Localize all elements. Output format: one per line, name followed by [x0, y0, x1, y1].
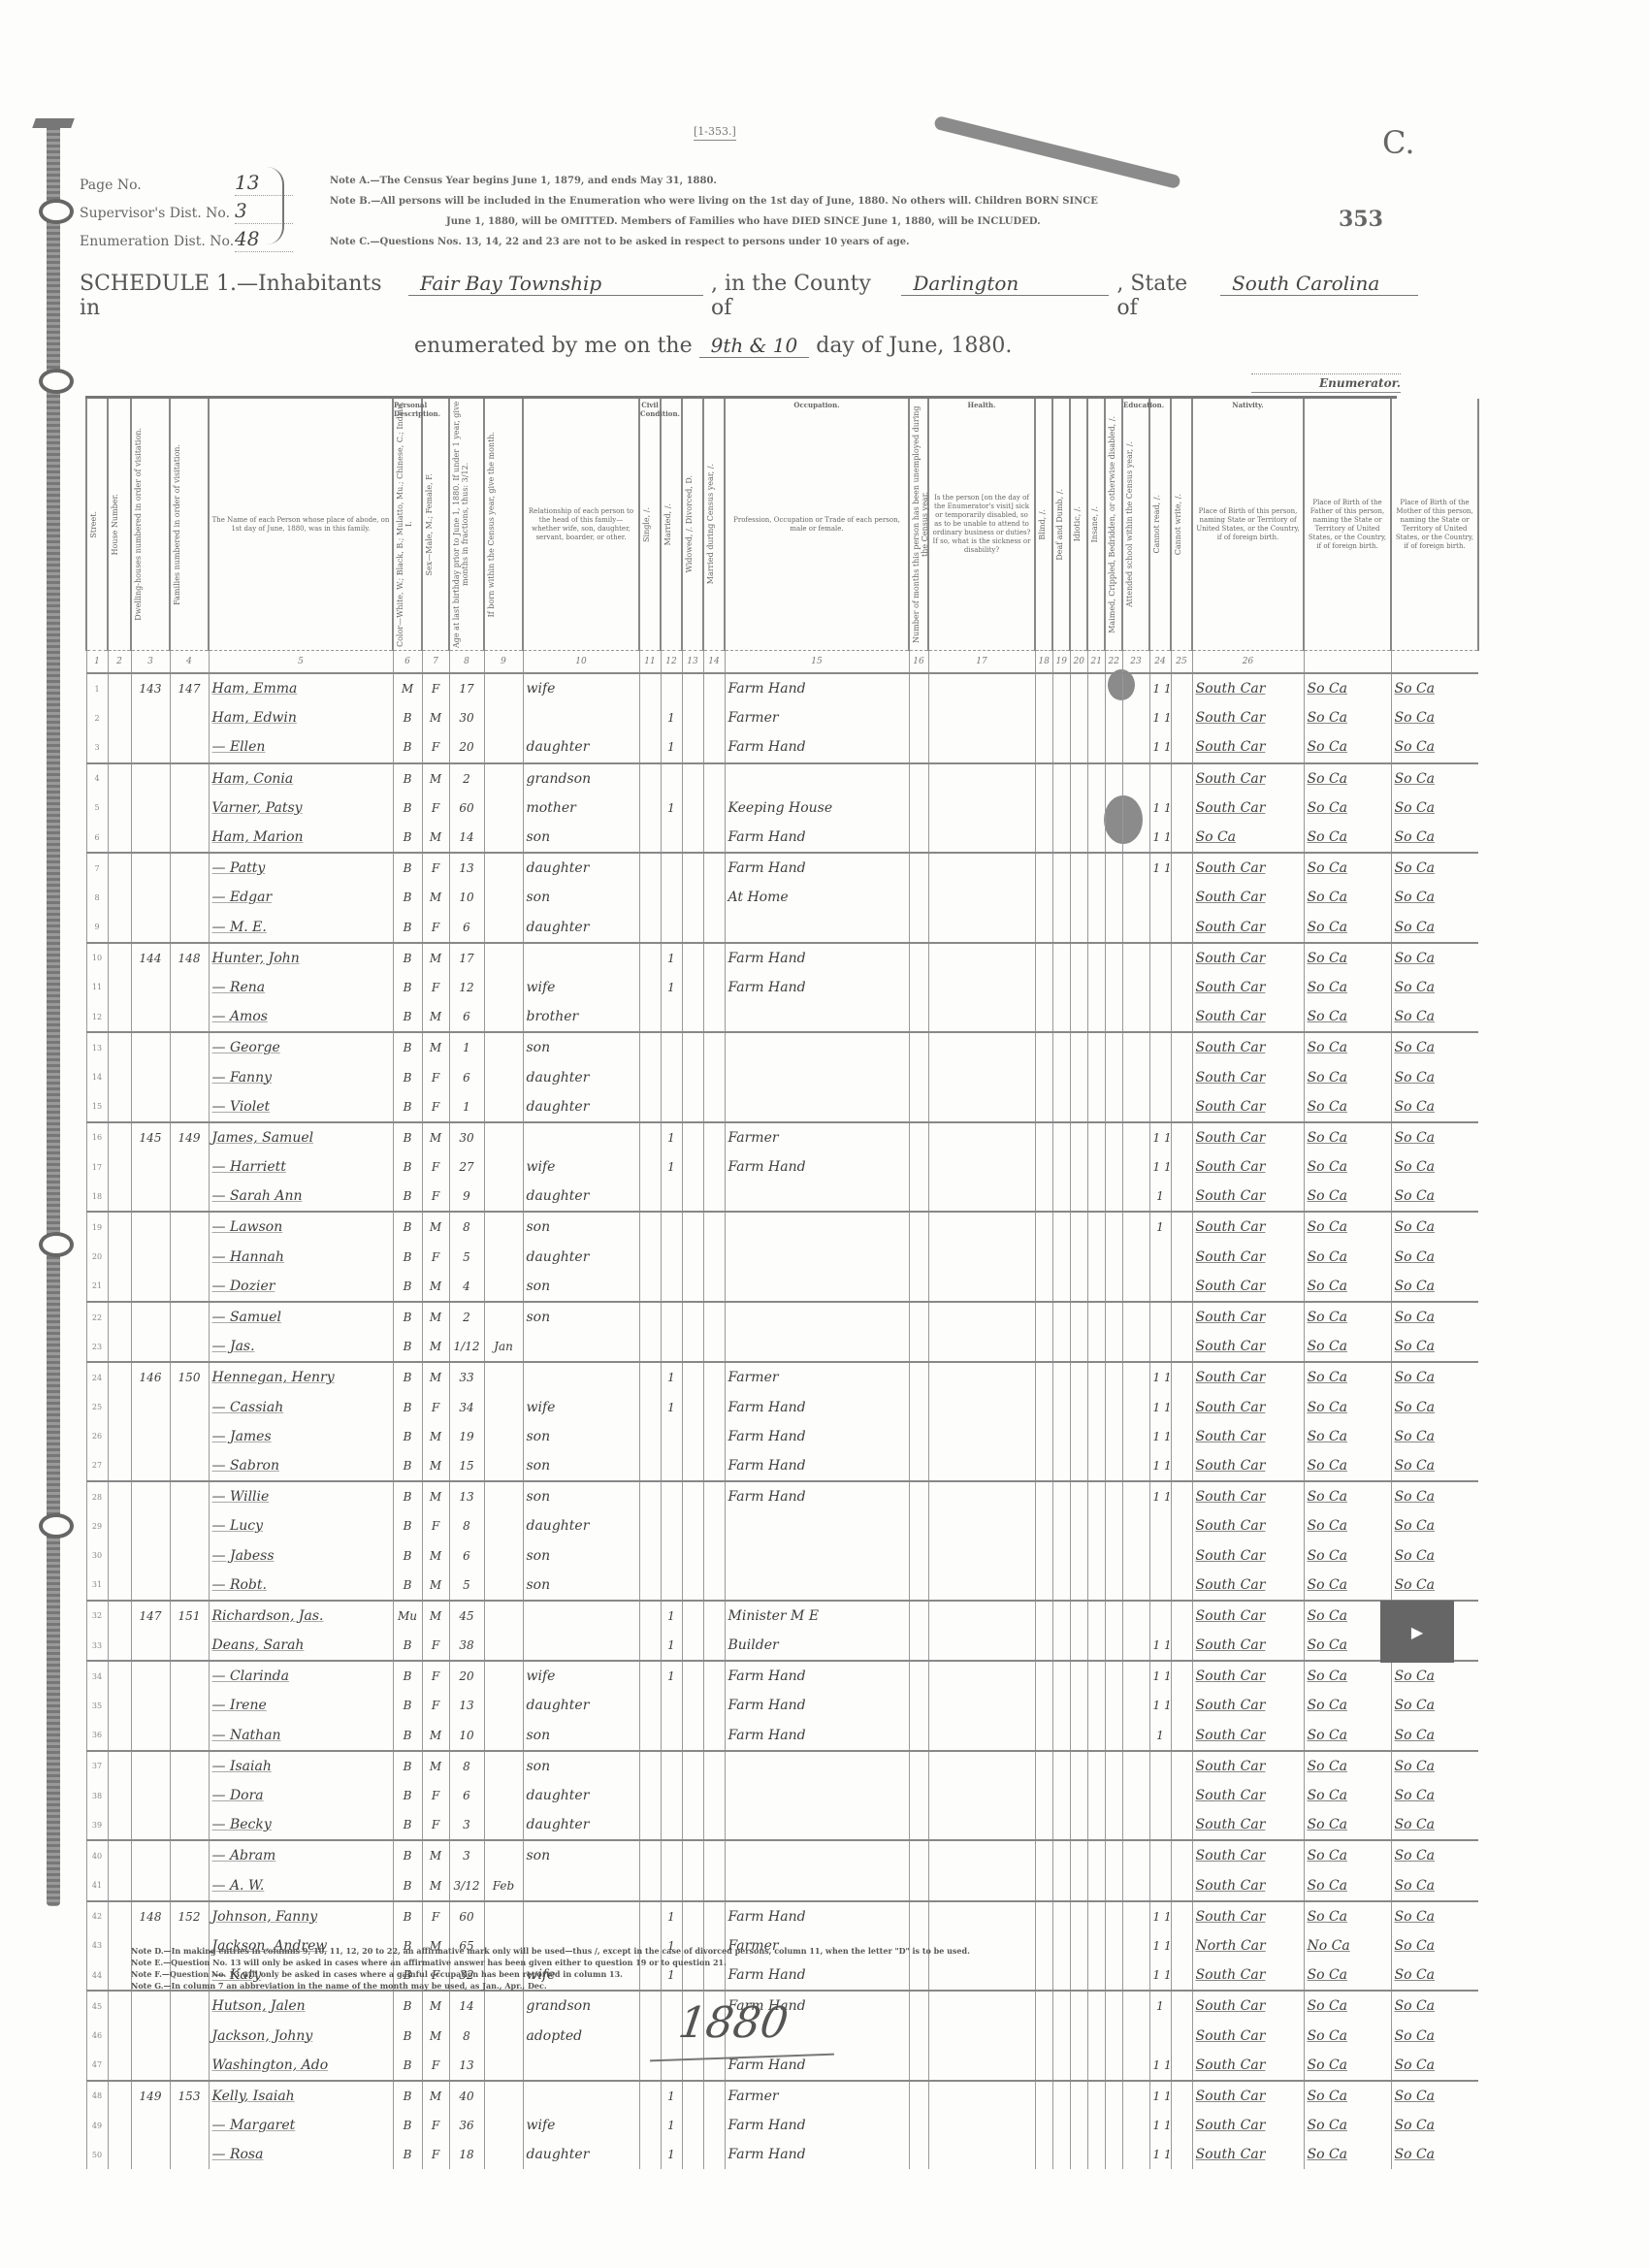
dwelling-number — [131, 1302, 170, 1332]
insane — [1087, 1840, 1105, 1870]
single — [639, 913, 661, 943]
family-number — [170, 2111, 209, 2140]
enumerated-suffix: day of June, 1880. — [816, 334, 1012, 358]
single — [639, 1810, 661, 1840]
deaf-dumb — [1052, 943, 1070, 973]
cannot-write — [1171, 1540, 1192, 1570]
birthplace: South Car — [1192, 673, 1304, 703]
occupation: Farmer — [725, 703, 909, 732]
line-number: 13 — [86, 1032, 108, 1062]
sickness — [928, 1122, 1035, 1152]
person-name: — Hannah — [209, 1243, 393, 1272]
column-number: 19 — [1052, 651, 1070, 674]
married-year — [703, 1631, 725, 1661]
table-row: 11— RenaBF12wife1Farm HandSouth CarSo Ca… — [86, 973, 1478, 1002]
idiotic — [1070, 2081, 1087, 2111]
school — [1122, 1991, 1149, 2021]
occupation — [725, 1002, 909, 1032]
insane — [1087, 883, 1105, 912]
age: 12 — [449, 973, 484, 1002]
table-row: 39— BeckyBF3daughterSouth CarSo CaSo Ca — [86, 1810, 1478, 1840]
insane — [1087, 973, 1105, 1002]
widowed — [682, 1661, 703, 1691]
note-b-cont: June 1, 1880, will be OMITTED. Members o… — [330, 211, 1098, 232]
maimed — [1105, 1901, 1122, 1931]
single — [639, 1243, 661, 1272]
single — [639, 703, 661, 732]
sickness — [928, 673, 1035, 703]
school — [1122, 1212, 1149, 1242]
color: B — [393, 2111, 422, 2140]
cannot-write — [1171, 913, 1192, 943]
house-number — [108, 1540, 131, 1570]
table-row: 17— HarriettBF27wife1Farm Hand1 1South C… — [86, 1152, 1478, 1182]
person-name: Hennegan, Henry — [209, 1362, 393, 1392]
line-number: 28 — [86, 1481, 108, 1511]
idiotic — [1070, 1182, 1087, 1212]
months-unemployed — [909, 1901, 928, 1931]
widowed — [682, 853, 703, 883]
column-number: 16 — [909, 651, 928, 674]
months-unemployed — [909, 1661, 928, 1691]
color: B — [393, 2021, 422, 2050]
blind — [1035, 1901, 1052, 1931]
month-born — [484, 1182, 523, 1212]
house-number — [108, 1092, 131, 1122]
column-number: 21 — [1087, 651, 1105, 674]
occupation: Farm Hand — [725, 2140, 909, 2169]
school — [1122, 1571, 1149, 1601]
cannot-read-write — [1149, 1571, 1171, 1601]
sex: F — [422, 1781, 449, 1810]
cannot-write — [1171, 1601, 1192, 1631]
father-birthplace: So Ca — [1304, 913, 1391, 943]
maimed — [1105, 853, 1122, 883]
month-born — [484, 1362, 523, 1392]
supervisors-dist-value: 3 — [235, 198, 293, 224]
relationship: grandson — [523, 1991, 639, 2021]
maimed — [1105, 703, 1122, 732]
sex: F — [422, 1092, 449, 1122]
month-born — [484, 2140, 523, 2169]
enumeration-dist-value: 48 — [235, 226, 293, 252]
single — [639, 1422, 661, 1451]
person-name: — Abram — [209, 1840, 393, 1870]
house-number — [108, 1691, 131, 1720]
widowed — [682, 943, 703, 973]
column-number: 6 — [393, 651, 422, 674]
color: B — [393, 1661, 422, 1691]
birthplace: South Car — [1192, 1511, 1304, 1540]
sickness — [928, 1152, 1035, 1182]
age: 40 — [449, 2081, 484, 2111]
line-number: 27 — [86, 1451, 108, 1481]
widowed — [682, 1032, 703, 1062]
relationship — [523, 2081, 639, 2111]
sickness — [928, 1272, 1035, 1302]
insane — [1087, 2051, 1105, 2081]
deaf-dumb — [1052, 1422, 1070, 1451]
single — [639, 2051, 661, 2081]
relationship: daughter — [523, 1092, 639, 1122]
occupation — [725, 1032, 909, 1062]
insane — [1087, 2140, 1105, 2169]
birthplace: South Car — [1192, 2111, 1304, 2140]
relationship: wife — [523, 673, 639, 703]
sickness — [928, 2140, 1035, 2169]
widowed — [682, 1243, 703, 1272]
occupation — [725, 1272, 909, 1302]
month-born — [484, 1781, 523, 1810]
mother-birthplace: So Ca — [1391, 2081, 1478, 2111]
family-number — [170, 794, 209, 823]
cannot-read-write — [1149, 973, 1171, 1002]
dwelling-number — [131, 1751, 170, 1781]
birthplace: South Car — [1192, 2081, 1304, 2111]
birthplace: South Car — [1192, 1901, 1304, 1931]
idiotic — [1070, 1691, 1087, 1720]
month-born — [484, 2081, 523, 2111]
insane — [1087, 1092, 1105, 1122]
insane — [1087, 2111, 1105, 2140]
married: 1 — [661, 1631, 682, 1661]
married-year — [703, 1751, 725, 1781]
house-number — [108, 1212, 131, 1242]
color: B — [393, 2051, 422, 2081]
table-row: 10144148Hunter, JohnBM171Farm HandSouth … — [86, 943, 1478, 973]
cannot-read-write: 1 1 — [1149, 732, 1171, 762]
color: B — [393, 1481, 422, 1511]
blind — [1035, 732, 1052, 762]
line-number: 5 — [86, 794, 108, 823]
married-year — [703, 763, 725, 794]
occupation: Farm Hand — [725, 1152, 909, 1182]
cannot-read-write — [1149, 1092, 1171, 1122]
deaf-dumb — [1052, 2140, 1070, 2169]
birthplace: South Car — [1192, 1631, 1304, 1661]
cannot-write — [1171, 1302, 1192, 1332]
sickness — [928, 1901, 1035, 1931]
school — [1122, 2081, 1149, 2111]
idiotic — [1070, 1871, 1087, 1901]
person-name: — Dozier — [209, 1272, 393, 1302]
deaf-dumb — [1052, 1152, 1070, 1182]
maimed — [1105, 1272, 1122, 1302]
cannot-read-write: 1 1 — [1149, 1481, 1171, 1511]
maimed — [1105, 1302, 1122, 1332]
dwelling-number — [131, 1062, 170, 1091]
deaf-dumb — [1052, 973, 1070, 1002]
deaf-dumb — [1052, 2021, 1070, 2050]
school — [1122, 1272, 1149, 1302]
married — [661, 1182, 682, 1212]
line-number: 3 — [86, 732, 108, 762]
insane — [1087, 1122, 1105, 1152]
line-number: 25 — [86, 1393, 108, 1422]
father-birthplace: So Ca — [1304, 1871, 1391, 1901]
person-name: Ham, Edwin — [209, 703, 393, 732]
line-number: 2 — [86, 703, 108, 732]
dwelling-number — [131, 1002, 170, 1032]
mother-birthplace: So Ca — [1391, 2051, 1478, 2081]
binding-knot — [39, 199, 74, 224]
occupation — [725, 1092, 909, 1122]
cannot-write — [1171, 1721, 1192, 1751]
widowed — [682, 2111, 703, 2140]
table-row: 29— LucyBF8daughterSouth CarSo CaSo Ca — [86, 1511, 1478, 1540]
married — [661, 1332, 682, 1362]
dwelling-number — [131, 823, 170, 853]
widowed — [682, 1540, 703, 1570]
form-id: [1-353.] — [694, 125, 736, 141]
relationship — [523, 1601, 639, 1631]
sex: M — [422, 1332, 449, 1362]
table-row: 21— DozierBM4sonSouth CarSo CaSo Ca — [86, 1272, 1478, 1302]
line-number: 45 — [86, 1991, 108, 2021]
idiotic — [1070, 1781, 1087, 1810]
cannot-write — [1171, 2051, 1192, 2081]
birthplace: South Car — [1192, 763, 1304, 794]
relationship — [523, 1901, 639, 1931]
line-number: 32 — [86, 1601, 108, 1631]
dwelling-number — [131, 1540, 170, 1570]
dwelling-number: 147 — [131, 1601, 170, 1631]
single — [639, 1691, 661, 1720]
cannot-read-write — [1149, 1032, 1171, 1062]
relationship: son — [523, 1212, 639, 1242]
occupation: Builder — [725, 1631, 909, 1661]
idiotic — [1070, 732, 1087, 762]
sickness — [928, 1092, 1035, 1122]
cannot-write — [1171, 1032, 1192, 1062]
cannot-write — [1171, 1332, 1192, 1362]
person-name: — Fanny — [209, 1062, 393, 1091]
maimed — [1105, 1451, 1122, 1481]
mother-birthplace: So Ca — [1391, 1243, 1478, 1272]
widowed — [682, 1810, 703, 1840]
family-number — [170, 1002, 209, 1032]
family-number — [170, 1302, 209, 1332]
idiotic — [1070, 1122, 1087, 1152]
married: 1 — [661, 973, 682, 1002]
mother-birthplace: So Ca — [1391, 1721, 1478, 1751]
married-year — [703, 2111, 725, 2140]
maimed — [1105, 1152, 1122, 1182]
married-year — [703, 1661, 725, 1691]
school — [1122, 1062, 1149, 1091]
birthplace: South Car — [1192, 1243, 1304, 1272]
married-year — [703, 794, 725, 823]
deaf-dumb — [1052, 1691, 1070, 1720]
married — [661, 1062, 682, 1091]
insane — [1087, 1901, 1105, 1931]
dwelling-number — [131, 913, 170, 943]
blind — [1035, 673, 1052, 703]
school — [1122, 1810, 1149, 1840]
married-year — [703, 1871, 725, 1901]
cannot-read-write: 1 — [1149, 1721, 1171, 1751]
school — [1122, 1243, 1149, 1272]
married: 1 — [661, 943, 682, 973]
color: B — [393, 1511, 422, 1540]
insane — [1087, 1243, 1105, 1272]
age: 8 — [449, 1212, 484, 1242]
married-year — [703, 1332, 725, 1362]
school — [1122, 2111, 1149, 2140]
maimed — [1105, 1422, 1122, 1451]
dwelling-number: 146 — [131, 1362, 170, 1392]
blind — [1035, 763, 1052, 794]
occupation — [725, 1243, 909, 1272]
insane — [1087, 763, 1105, 794]
widowed — [682, 2140, 703, 2169]
insane — [1087, 1062, 1105, 1091]
mother-birthplace: So Ca — [1391, 763, 1478, 794]
idiotic — [1070, 2051, 1087, 2081]
birthplace: South Car — [1192, 1991, 1304, 2021]
cannot-read-write: 1 1 — [1149, 1422, 1171, 1451]
blind — [1035, 853, 1052, 883]
person-name: — Lucy — [209, 1511, 393, 1540]
person-name: — Violet — [209, 1092, 393, 1122]
cannot-read-write — [1149, 763, 1171, 794]
relationship: daughter — [523, 1062, 639, 1091]
maimed — [1105, 2111, 1122, 2140]
cannot-write — [1171, 703, 1192, 732]
cannot-write — [1171, 1122, 1192, 1152]
state-value: South Carolina — [1220, 272, 1418, 296]
married: 1 — [661, 1393, 682, 1422]
blind — [1035, 883, 1052, 912]
person-name: — Robt. — [209, 1571, 393, 1601]
table-row: 13— GeorgeBM1sonSouth CarSo CaSo Ca — [86, 1032, 1478, 1062]
father-birthplace: No Ca — [1304, 1931, 1391, 1960]
married — [661, 1212, 682, 1242]
birthplace: South Car — [1192, 1152, 1304, 1182]
married-year — [703, 973, 725, 1002]
months-unemployed — [909, 1451, 928, 1481]
col-header-father-birthplace: Place of Birth of the Father of this per… — [1304, 399, 1391, 651]
occupation: Farm Hand — [725, 673, 909, 703]
school — [1122, 1451, 1149, 1481]
column-number: 4 — [170, 651, 209, 674]
months-unemployed — [909, 823, 928, 853]
sickness — [928, 1243, 1035, 1272]
cannot-write — [1171, 2021, 1192, 2050]
deaf-dumb — [1052, 883, 1070, 912]
insane — [1087, 1481, 1105, 1511]
insane — [1087, 853, 1105, 883]
month-born — [484, 1661, 523, 1691]
deaf-dumb — [1052, 1810, 1070, 1840]
widowed — [682, 1062, 703, 1091]
side-tab[interactable]: ▶ — [1380, 1601, 1454, 1663]
house-number — [108, 1422, 131, 1451]
idiotic — [1070, 1152, 1087, 1182]
cannot-write — [1171, 1422, 1192, 1451]
month-born — [484, 1422, 523, 1451]
maimed — [1105, 1931, 1122, 1960]
cannot-write — [1171, 943, 1192, 973]
column-number: 22 — [1105, 651, 1122, 674]
family-number — [170, 1212, 209, 1242]
months-unemployed — [909, 1991, 928, 2021]
binding-cord-top — [32, 118, 75, 128]
color: B — [393, 703, 422, 732]
married-year — [703, 1901, 725, 1931]
birthplace: South Car — [1192, 1182, 1304, 1212]
cannot-read-write — [1149, 1302, 1171, 1332]
sex: M — [422, 763, 449, 794]
dwelling-number — [131, 1393, 170, 1422]
age: 3 — [449, 1840, 484, 1870]
occupation: Farmer — [725, 2081, 909, 2111]
father-birthplace: So Ca — [1304, 1182, 1391, 1212]
single — [639, 1511, 661, 1540]
house-number — [108, 1991, 131, 2021]
cannot-read-write: 1 1 — [1149, 1661, 1171, 1691]
column-number: 8 — [449, 651, 484, 674]
deaf-dumb — [1052, 2081, 1070, 2111]
deaf-dumb — [1052, 2051, 1070, 2081]
house-number — [108, 973, 131, 1002]
single — [639, 732, 661, 762]
line-number: 31 — [86, 1571, 108, 1601]
widowed — [682, 1302, 703, 1332]
idiotic — [1070, 703, 1087, 732]
table-row: 14— FannyBF6daughterSouth CarSo CaSo Ca — [86, 1062, 1478, 1091]
month-born — [484, 2051, 523, 2081]
birthplace: South Car — [1192, 732, 1304, 762]
mother-birthplace: So Ca — [1391, 883, 1478, 912]
dwelling-number: 144 — [131, 943, 170, 973]
occupation — [725, 1810, 909, 1840]
cannot-write — [1171, 1511, 1192, 1540]
sickness — [928, 794, 1035, 823]
family-number — [170, 883, 209, 912]
age: 14 — [449, 1991, 484, 2021]
father-birthplace: So Ca — [1304, 943, 1391, 973]
township-value: Fair Bay Township — [408, 272, 703, 296]
mother-birthplace: So Ca — [1391, 1182, 1478, 1212]
sex: M — [422, 1751, 449, 1781]
school — [1122, 943, 1149, 973]
cannot-write — [1171, 1691, 1192, 1720]
col-header-deaf-dumb: Deaf and Dumb, /. — [1052, 399, 1070, 651]
relationship: son — [523, 1840, 639, 1870]
maimed — [1105, 1032, 1122, 1062]
age: 19 — [449, 1422, 484, 1451]
birthplace: South Car — [1192, 1032, 1304, 1062]
blind — [1035, 1691, 1052, 1720]
age: 4 — [449, 1272, 484, 1302]
cannot-read-write — [1149, 1062, 1171, 1091]
age: 17 — [449, 673, 484, 703]
age: 45 — [449, 1601, 484, 1631]
relationship: daughter — [523, 732, 639, 762]
family-number — [170, 1661, 209, 1691]
school — [1122, 1422, 1149, 1451]
months-unemployed — [909, 1691, 928, 1720]
family-number — [170, 1810, 209, 1840]
month-born — [484, 943, 523, 973]
school — [1122, 794, 1149, 823]
dwelling-number — [131, 1422, 170, 1451]
deaf-dumb — [1052, 1601, 1070, 1631]
col-header-cannot-write: Cannot write, /. — [1171, 399, 1192, 651]
school — [1122, 2140, 1149, 2169]
column-number: 24 — [1149, 651, 1171, 674]
